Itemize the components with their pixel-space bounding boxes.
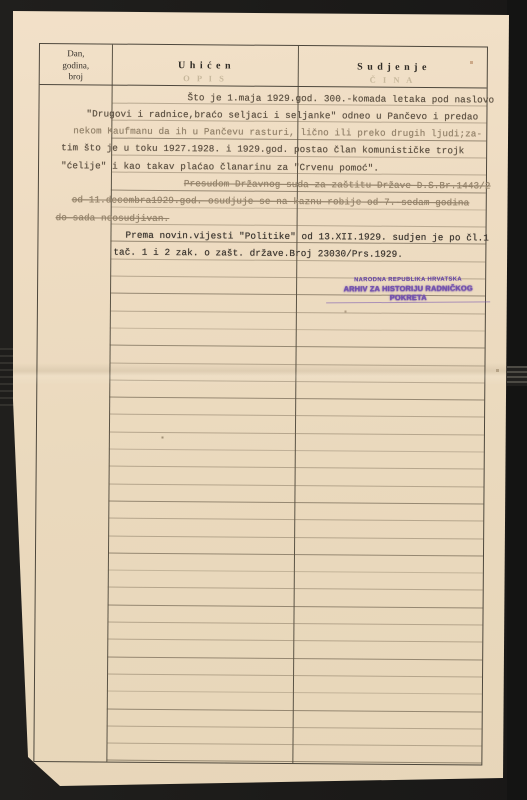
typewritten-text: Što je 1.maja 1929.god. 300.-komada leta…: [0, 0, 527, 800]
archive-stamp: NARODNA REPUBLIKA HRVATSKA ARHIV ZA HIST…: [326, 276, 490, 303]
scan-background-right-strip: [507, 0, 527, 800]
stamp-line-2: ARHIV ZA HISTORIJU RADNIČKOG POKRETA: [326, 283, 490, 303]
document-page: Dan, godina, broj U h i ć e n O P I S S …: [0, 0, 527, 800]
typed-text-line: "Drugovi i radnice,braćo seljaci i selja…: [86, 108, 478, 122]
typed-text-line: tač. 1 i 2 zak. o zašt. države.Broj 2303…: [113, 247, 403, 260]
typed-text-line: do sada neosudjivan.: [56, 212, 170, 224]
typed-text-line: od 11.decembra1929.god. osudjuje se na k…: [72, 194, 470, 208]
typed-text-line: tim što je u toku 1927.1928. i 1929.god.…: [61, 142, 464, 156]
typed-text-line: "ćelije" i kao takav plaćao članarinu za…: [61, 160, 379, 173]
typed-text-line: Što je 1.maja 1929.god. 300.-komada leta…: [188, 92, 495, 105]
printed-form: Dan, godina, broj U h i ć e n O P I S S …: [0, 0, 527, 800]
paper-specks: [0, 0, 1, 1]
scanned-archive-card: Dan, godina, broj U h i ć e n O P I S S …: [0, 0, 527, 800]
binding-edge-marks-left: [0, 348, 15, 406]
typed-text-line: nekom Kaufmanu da ih u Pančevu rasturi, …: [73, 125, 482, 139]
typed-text-line: Presudom Državnog suda za zaštitu Države…: [184, 178, 491, 191]
stamp-line-1: NARODNA REPUBLIKA HRVATSKA: [326, 276, 490, 283]
binding-edge-marks-right: [507, 366, 527, 386]
typed-text-line: Prema novin.vijesti "Politike" od 13.XII…: [125, 230, 489, 244]
